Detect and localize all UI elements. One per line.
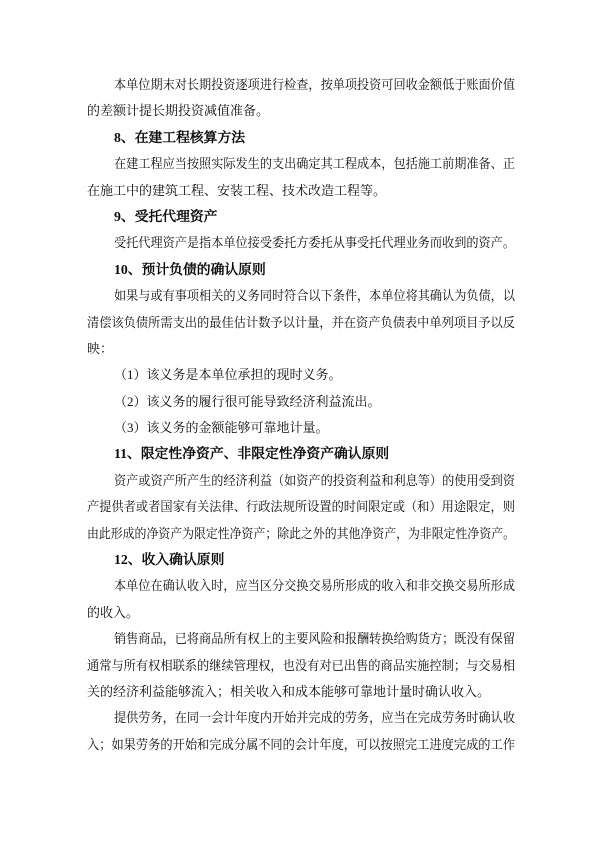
text-line: 受托代理资产是指本单位接受委托方委托从事受托代理业务而收到的资产。 — [87, 230, 515, 256]
text-line-content: 的收入。 — [87, 600, 139, 626]
text-line: 产提供者或者国家有关法律、行政法规所设置的时间限定或（和）用途限定，则 — [87, 494, 515, 520]
text-line-content: 10、预计负债的确认原则 — [114, 257, 266, 283]
text-block: 本单位期末对长期投资逐项进行检查，按单项投资可回收金额低于账面价值的差额计提长期… — [87, 72, 515, 758]
text-line-content: 产提供者或者国家有关法律、行政法规所设置的时间限定或（和）用途限定，则 — [87, 494, 515, 520]
text-line: （1）该义务是本单位承担的现时义务。 — [87, 362, 515, 388]
text-line: 入；如果劳务的开始和完成分属不同的会计年度，可以按照完工进度完成的工作 — [87, 732, 515, 758]
text-line: 本单位在确认收入时，应当区分交换交易所形成的收入和非交换交易所形成 — [87, 573, 515, 599]
text-line-content: （1）该义务是本单位承担的现时义务。 — [114, 362, 342, 388]
text-line-content: （2）该义务的履行很可能导致经济利益流出。 — [114, 389, 381, 415]
text-line: 在建工程应当按照实际发生的支出确定其工程成本，包括施工前期准备、正 — [87, 151, 515, 177]
text-line-content: 本单位期末对长期投资逐项进行检查，按单项投资可回收金额低于账面价值 — [114, 72, 515, 98]
text-line-content: 的差额计提长期投资减值准备。 — [87, 98, 269, 124]
text-line: 关的经济利益能够流入；相关收入和成本能够可靠地计量时确认收入。 — [87, 679, 515, 705]
text-line: 在施工中的建筑工程、安装工程、技术改造工程等。 — [87, 178, 515, 204]
text-line-content: 受托代理资产是指本单位接受委托方委托从事受托代理业务而收到的资产。 — [114, 230, 515, 256]
section-heading: 8、在建工程核算方法 — [87, 125, 515, 151]
text-line-content: 清偿该负债所需支出的最佳估计数予以计量，并在资产负债表中单列项目予以反 — [87, 310, 515, 336]
text-line: （2）该义务的履行很可能导致经济利益流出。 — [87, 389, 515, 415]
text-line-content: 由此形成的净资产为限定性净资产；除此之外的其他净资产，为非限定性净资产。 — [87, 521, 515, 547]
text-line-content: 映： — [87, 336, 113, 362]
text-line: 由此形成的净资产为限定性净资产；除此之外的其他净资产，为非限定性净资产。 — [87, 521, 515, 547]
text-line-content: 销售商品，已将商品所有权上的主要风险和报酬转换给购货方；既没有保留 — [114, 626, 515, 652]
text-line: 通常与所有权相联系的继续管理权，也没有对已出售的商品实施控制；与交易相 — [87, 653, 515, 679]
text-line: 的收入。 — [87, 600, 515, 626]
text-line-content: 12、收入确认原则 — [114, 547, 224, 573]
text-line-content: 通常与所有权相联系的继续管理权，也没有对已出售的商品实施控制；与交易相 — [87, 653, 515, 679]
text-line: 清偿该负债所需支出的最佳估计数予以计量，并在资产负债表中单列项目予以反 — [87, 310, 515, 336]
text-line-content: 关的经济利益能够流入；相关收入和成本能够可靠地计量时确认收入。 — [87, 679, 490, 705]
section-heading: 11、限定性净资产、非限定性净资产确认原则 — [87, 441, 515, 467]
section-heading: 9、受托代理资产 — [87, 204, 515, 230]
text-line-content: 11、限定性净资产、非限定性净资产确认原则 — [114, 441, 389, 467]
text-line: 销售商品，已将商品所有权上的主要风险和报酬转换给购货方；既没有保留 — [87, 626, 515, 652]
text-line: 提供劳务，在同一会计年度内开始并完成的劳务，应当在完成劳务时确认收 — [87, 705, 515, 731]
text-line-content: 8、在建工程核算方法 — [114, 125, 245, 151]
text-line-content: 资产或资产所产生的经济利益（如资产的投资利益和利息等）的使用受到资 — [114, 468, 515, 494]
text-line-content: 入；如果劳务的开始和完成分属不同的会计年度，可以按照完工进度完成的工作 — [87, 732, 515, 758]
document-page: 本单位期末对长期投资逐项进行检查，按单项投资可回收金额低于账面价值的差额计提长期… — [0, 0, 600, 848]
text-line: 如果与或有事项相关的义务同时符合以下条件，本单位将其确认为负债，以 — [87, 283, 515, 309]
section-heading: 12、收入确认原则 — [87, 547, 515, 573]
text-line-content: 在建工程应当按照实际发生的支出确定其工程成本，包括施工前期准备、正 — [114, 151, 515, 177]
text-line-content: 提供劳务，在同一会计年度内开始并完成的劳务，应当在完成劳务时确认收 — [114, 705, 515, 731]
text-line-content: 本单位在确认收入时，应当区分交换交易所形成的收入和非交换交易所形成 — [114, 573, 515, 599]
text-line-content: 9、受托代理资产 — [114, 204, 217, 230]
section-heading: 10、预计负债的确认原则 — [87, 257, 515, 283]
text-line-content: 在施工中的建筑工程、安装工程、技术改造工程等。 — [87, 178, 386, 204]
text-line-content: （3）该义务的金额能够可靠地计量。 — [114, 415, 329, 441]
text-line-content: 如果与或有事项相关的义务同时符合以下条件，本单位将其确认为负债，以 — [114, 283, 515, 309]
text-line: 资产或资产所产生的经济利益（如资产的投资利益和利息等）的使用受到资 — [87, 468, 515, 494]
text-line: 的差额计提长期投资减值准备。 — [87, 98, 515, 124]
text-line: 本单位期末对长期投资逐项进行检查，按单项投资可回收金额低于账面价值 — [87, 72, 515, 98]
text-line: 映： — [87, 336, 515, 362]
text-line: （3）该义务的金额能够可靠地计量。 — [87, 415, 515, 441]
